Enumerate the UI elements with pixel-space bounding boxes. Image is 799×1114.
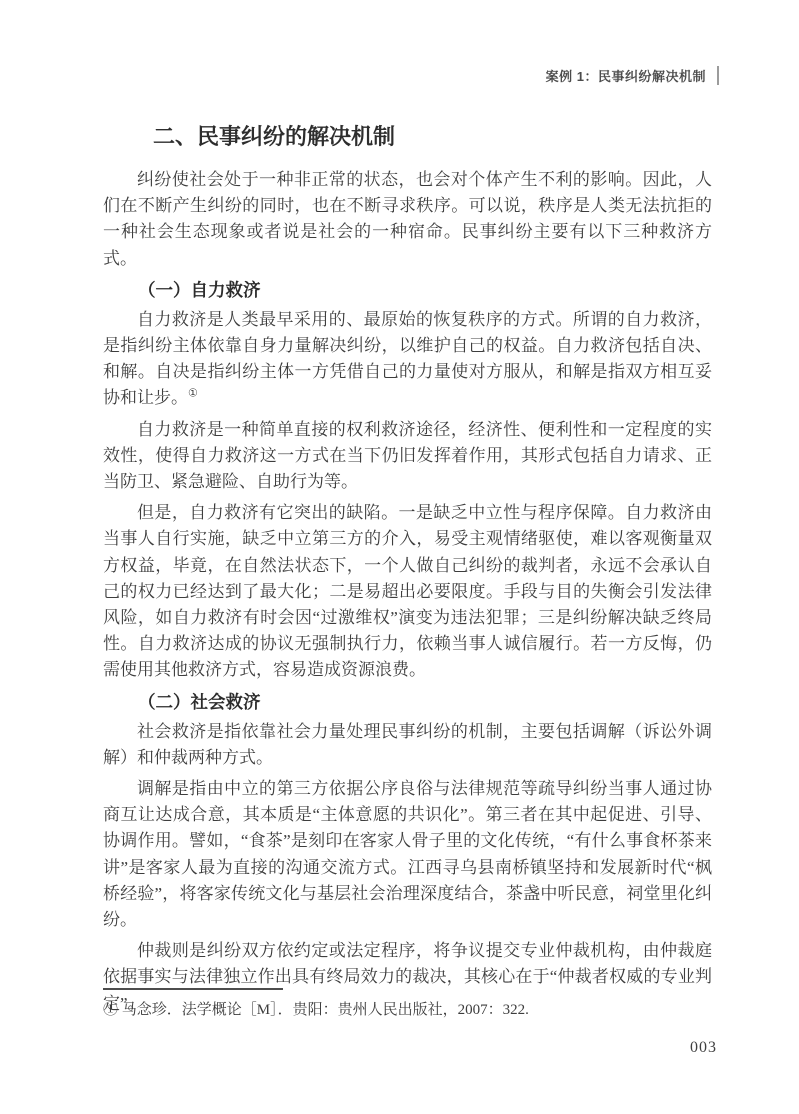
paragraph-intro: 纠纷使社会处于一种非正常的状态，也会对个体产生不利的影响。因此，人们在不断产生纠… [103,167,712,272]
footnote-ref-marker: ① [188,388,198,400]
section-title: 二、民事纠纷的解决机制 [153,120,712,151]
paragraph-self-help-advantages: 自力救济是一种简单直接的权利救济途径，经济性、便利性和一定程度的实效性，使得自力… [103,417,712,496]
paragraph-self-help-definition: 自力救济是人类最早采用的、最原始的恢复秩序的方式。所谓的自力救济，是指纠纷主体依… [103,307,712,412]
document-page: 案例 1：民事纠纷解决机制 二、民事纠纷的解决机制 纠纷使社会处于一种非正常的状… [0,0,799,1114]
paragraph-mediation: 调解是指由中立的第三方依据公序良俗与法律规范等疏导纠纷当事人通过协商互让达成合意… [103,776,712,933]
footnote-citation: ① 马念珍．法学概论［M］．贵阳：贵州人民出版社，2007：322. [103,999,712,1021]
footnote-separator-line [103,988,283,990]
footnote-area: ① 马念珍．法学概论［M］．贵阳：贵州人民出版社，2007：322. [103,988,712,1021]
header-divider-bar [717,66,719,85]
page-number: 003 [690,1039,717,1057]
page-header: 案例 1：民事纠纷解决机制 [546,66,719,85]
paragraph-self-help-defects: 但是，自力救济有它突出的缺陷。一是缺乏中立性与程序保障。自力救济由当事人自行实施… [103,500,712,683]
page-content: 二、民事纠纷的解决机制 纠纷使社会处于一种非正常的状态，也会对个体产生不利的影响… [103,120,712,1022]
subsection-heading-social-relief: （二）社会救济 [103,689,712,715]
running-title: 案例 1：民事纠纷解决机制 [546,66,706,85]
paragraph-social-relief-definition: 社会救济是指依靠社会力量处理民事纠纷的机制，主要包括调解（诉讼外调解）和仲裁两种… [103,719,712,771]
subsection-heading-self-help: （一）自力救济 [103,277,712,303]
